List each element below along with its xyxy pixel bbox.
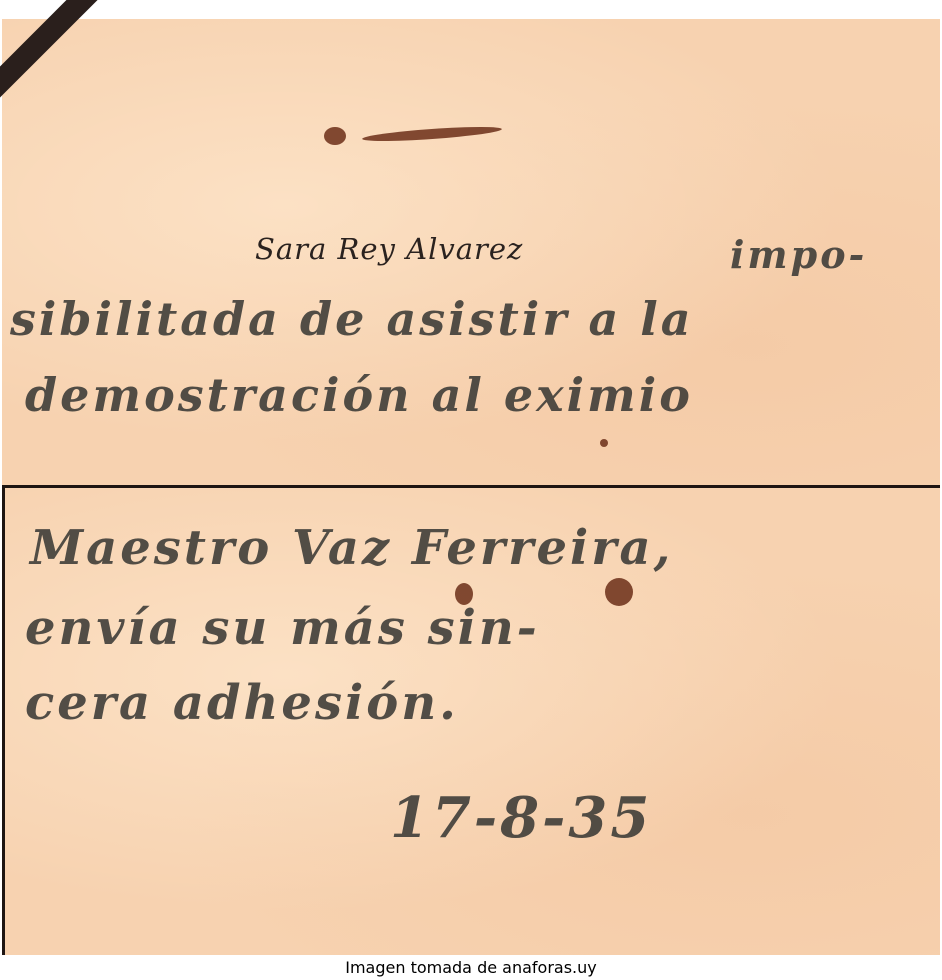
handwritten-line-1: impo-	[730, 232, 867, 277]
mourning-band	[0, 0, 164, 118]
handwritten-line-5: envía su más sin-	[25, 600, 540, 656]
printed-name: Sara Rey Alvarez	[255, 232, 523, 266]
handwritten-line-3: demostración al eximio	[25, 368, 693, 422]
stain	[324, 127, 346, 145]
image-credit-caption: Imagen tomada de anaforas.uy	[0, 955, 942, 980]
stain	[362, 124, 502, 144]
handwritten-line-6: cera adhesión.	[25, 675, 459, 731]
stain	[605, 578, 633, 606]
stain	[600, 439, 608, 447]
handwritten-line-2: sibilitada de asistir a la	[10, 292, 694, 346]
handwritten-line-4: Maestro Vaz Ferreira,	[30, 520, 673, 576]
handwritten-date: 17-8-35	[390, 785, 652, 851]
